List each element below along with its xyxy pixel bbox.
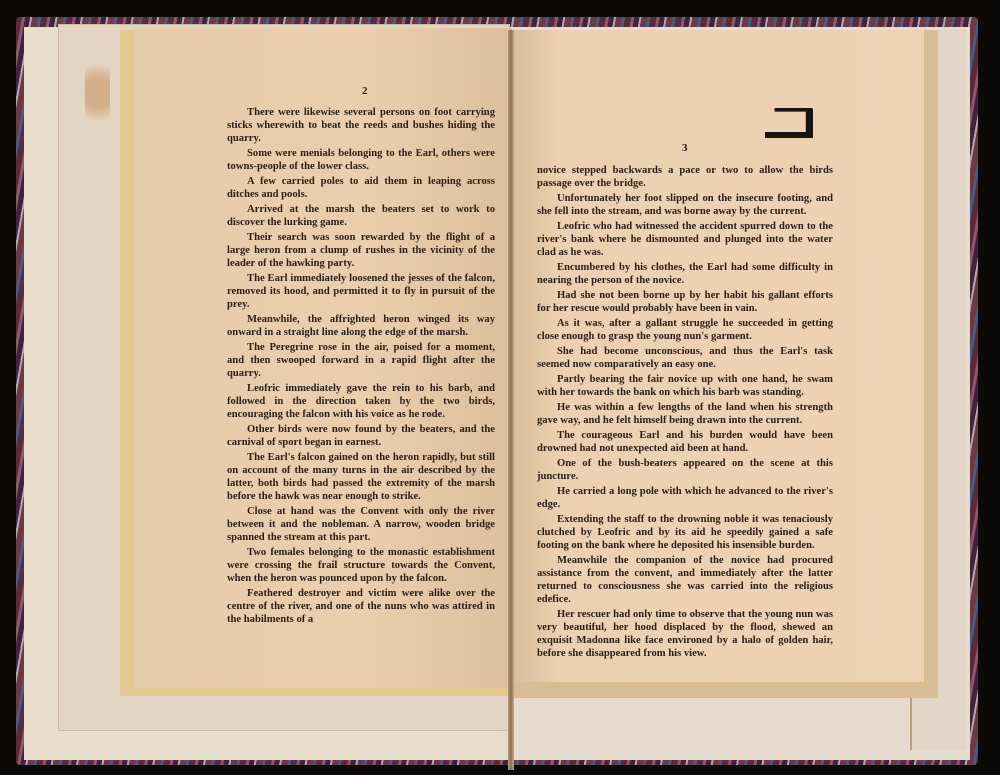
book-gutter — [508, 30, 514, 770]
paragraph: He was within a few lengths of the land … — [537, 401, 833, 427]
right-page: 3 novice stepped backwards a pace or two… — [510, 30, 924, 682]
paragraph: A few carried poles to aid them in leapi… — [227, 175, 495, 201]
paragraph: Two females belonging to the monastic es… — [227, 546, 495, 585]
paragraph: He carried a long pole with which he adv… — [537, 485, 833, 511]
paragraph: Meanwhile, the affrighted heron winged i… — [227, 313, 495, 339]
paragraph: Had she not been borne up by her habit h… — [537, 289, 833, 315]
paragraph: Unfortunately her foot slipped on the in… — [537, 192, 833, 218]
paragraph: There were likewise several persons on f… — [227, 106, 495, 145]
paragraph: The Earl's falcon gained on the heron ra… — [227, 451, 495, 503]
paragraph: The Peregrine rose in the air, poised fo… — [227, 341, 495, 380]
printer-bracket-mark — [765, 108, 813, 138]
paragraph: Leofric immediately gave the rein to his… — [227, 382, 495, 421]
paragraph: Meanwhile the companion of the novice ha… — [537, 554, 833, 606]
left-page-text: There were likewise several persons on f… — [227, 106, 495, 628]
paragraph: Some were menials belonging to the Earl,… — [227, 147, 495, 173]
paragraph: Leofric who had witnessed the accident s… — [537, 220, 833, 259]
foxing-stain — [85, 45, 110, 140]
paragraph: One of the bush-beaters appeared on the … — [537, 457, 833, 483]
paragraph: Feathered destroyer and victim were alik… — [227, 587, 495, 626]
paragraph: The courageous Earl and his burden would… — [537, 429, 833, 455]
left-page: 2 There were likewise several persons on… — [134, 28, 512, 688]
paragraph: The Earl immediately loosened the jesses… — [227, 272, 495, 311]
paragraph: She had become unconscious, and thus the… — [537, 345, 833, 371]
page-number: 2 — [362, 85, 368, 97]
paragraph: Her rescuer had only time to observe tha… — [537, 608, 833, 660]
paragraph: Other birds were now found by the beater… — [227, 423, 495, 449]
paragraph: Partly bearing the fair novice up with o… — [537, 373, 833, 399]
paragraph: novice stepped backwards a pace or two t… — [537, 164, 833, 190]
paragraph: As it was, after a gallant struggle he s… — [537, 317, 833, 343]
paragraph: Extending the staff to the drowning nobl… — [537, 513, 833, 552]
paragraph: Arrived at the marsh the beaters set to … — [227, 203, 495, 229]
right-page-text: novice stepped backwards a pace or two t… — [537, 164, 833, 662]
paragraph: Close at hand was the Convent with only … — [227, 505, 495, 544]
paragraph: Their search was soon rewarded by the fl… — [227, 231, 495, 270]
page-number: 3 — [682, 142, 688, 154]
paragraph: Encumbered by his clothes, the Earl had … — [537, 261, 833, 287]
